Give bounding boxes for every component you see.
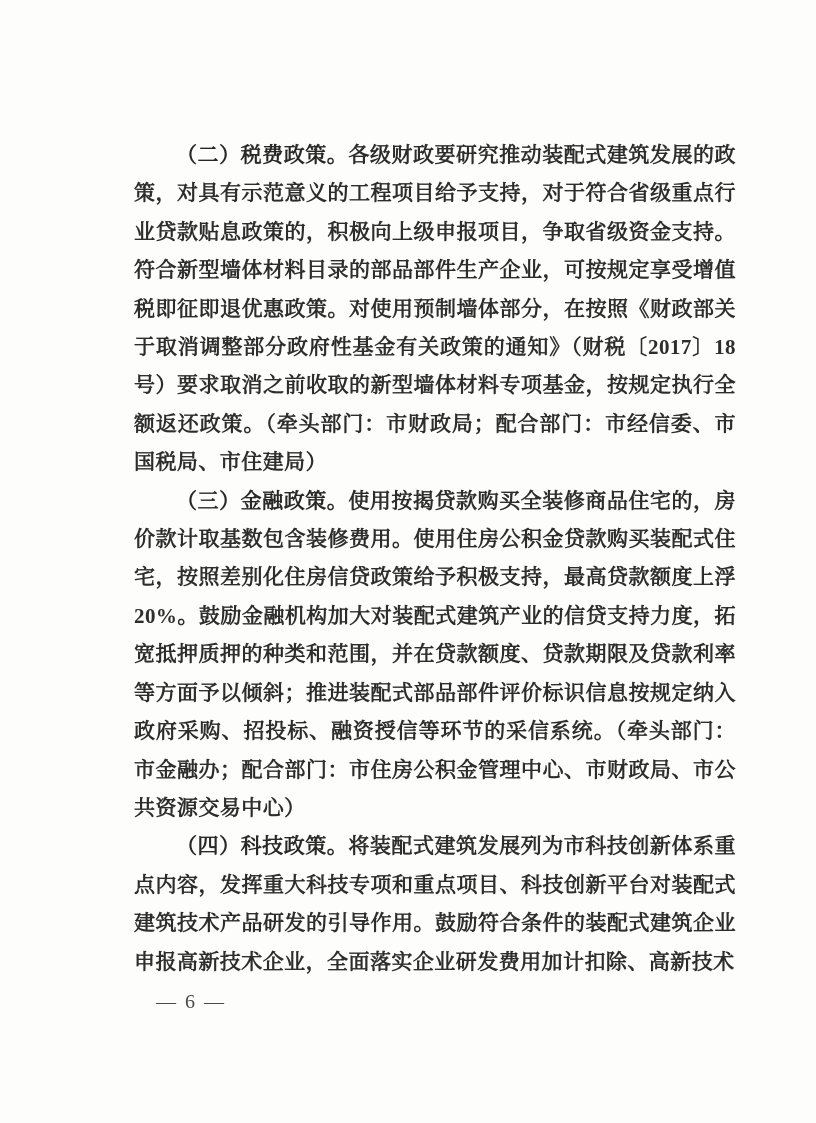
document-text-block: （二）税费政策。各级财政要研究推动装配式建筑发展的政策，对具有示范意义的工程项目… xyxy=(134,136,736,981)
paragraph-tech-policy: （四）科技政策。将装配式建筑发展列为市科技创新体系重点内容，发挥重大科技专项和重… xyxy=(134,827,736,981)
scanned-document-page: （二）税费政策。各级财政要研究推动装配式建筑发展的政策，对具有示范意义的工程项目… xyxy=(0,0,816,1123)
paragraph-tax-policy-body: 各级财政要研究推动装配式建筑发展的政策，对具有示范意义的工程项目给予支持，对于符… xyxy=(134,143,736,474)
paragraph-finance-policy-heading: （三）金融政策。 xyxy=(176,489,348,513)
paragraph-tax-policy: （二）税费政策。各级财政要研究推动装配式建筑发展的政策，对具有示范意义的工程项目… xyxy=(134,136,736,482)
paragraph-finance-policy: （三）金融政策。使用按揭贷款购买全装修商品住宅的，房价款计取基数包含装修费用。使… xyxy=(134,482,736,828)
paragraph-finance-policy-body: 使用按揭贷款购买全装修商品住宅的，房价款计取基数包含装修费用。使用住房公积金贷款… xyxy=(134,489,736,820)
paragraph-tax-policy-heading: （二）税费政策。 xyxy=(176,143,348,167)
paragraph-tech-policy-heading: （四）科技政策。 xyxy=(176,834,348,858)
page-number: — 6 — xyxy=(156,990,226,1014)
